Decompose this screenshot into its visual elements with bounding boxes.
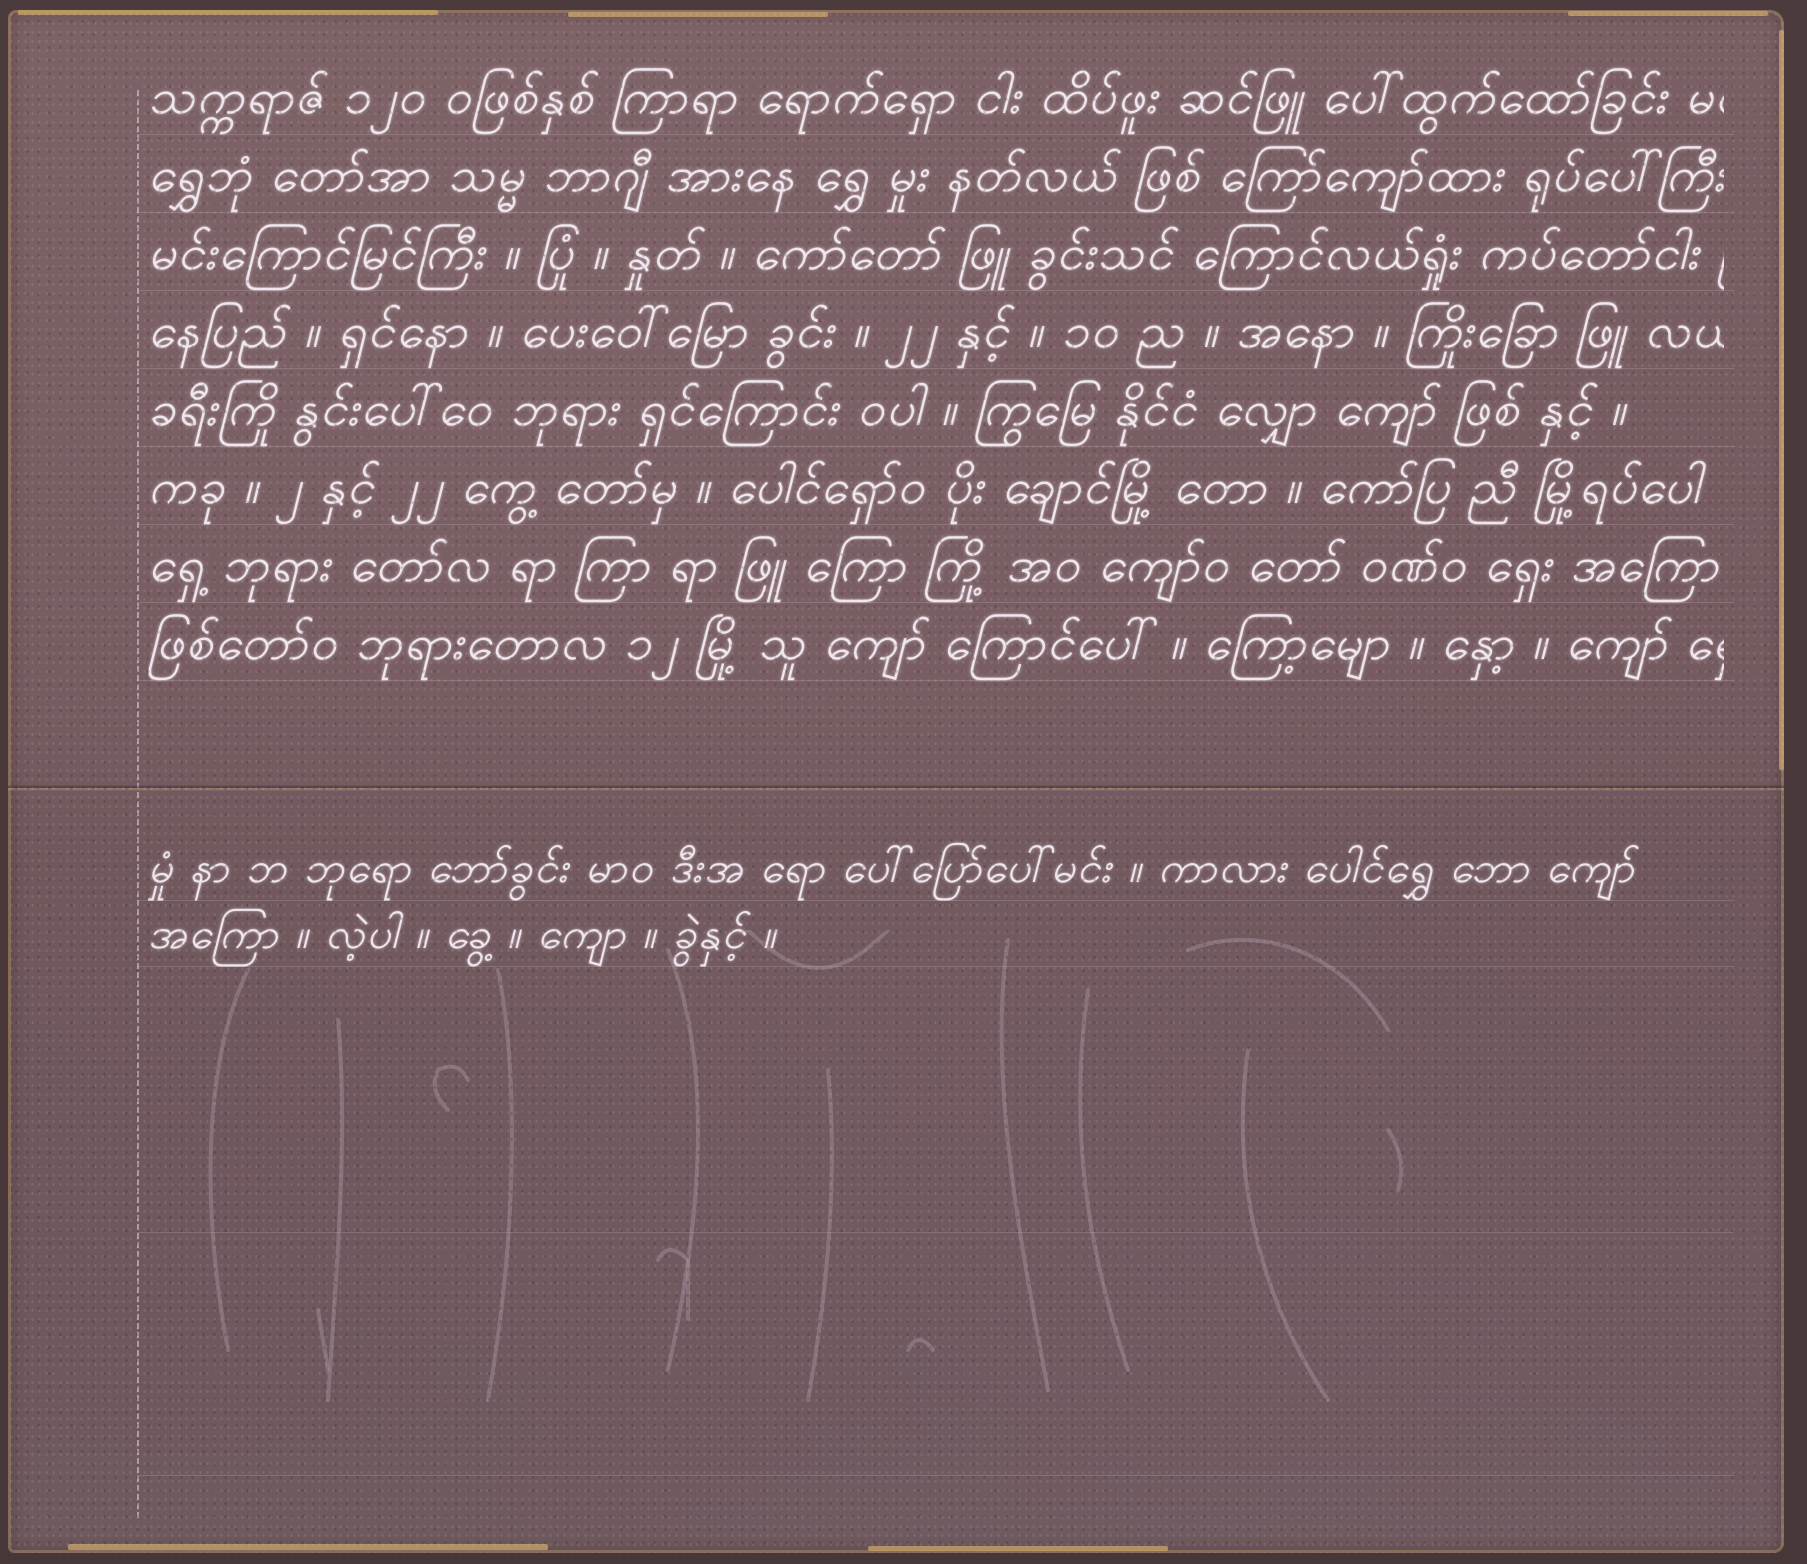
margin-rule	[137, 90, 139, 1520]
manuscript-line: ရှေ့ ဘုရား တော်လ ရာ ကြာ ရာ ဖြူ ကြော ကြို…	[148, 526, 1724, 604]
edge-wear-bottom-mid	[868, 1546, 1168, 1551]
edge-wear-top-mid	[568, 12, 828, 17]
manuscript-line: ခရီးကြို နွင်းပေါ်ဝေ ဘုရား ရှင်ကြောင်း ဝ…	[148, 370, 1724, 448]
faded-drawing	[188, 930, 1488, 1410]
fold-line	[8, 785, 1784, 791]
upper-text-panel: သက္ကရာဇ် ၁၂၀ ဝဖြစ်နှစ် ကြာရာ ရောက်ရှော င…	[148, 58, 1724, 682]
ruling-line	[137, 1475, 1734, 1476]
manuscript-line: ဖြစ်တော်ဝ ဘုရားတောလ ၁၂ မြို့ သူ ကျော် ကြ…	[148, 604, 1724, 682]
manuscript-line: သက္ကရာဇ် ၁၂၀ ဝဖြစ်နှစ် ကြာရာ ရောက်ရှော င…	[148, 58, 1724, 136]
edge-wear-top-right	[1568, 11, 1768, 16]
edge-wear-top-left	[18, 10, 438, 15]
manuscript-leaf: သက္ကရာဇ် ၁၂၀ ဝဖြစ်နှစ် ကြာရာ ရောက်ရှော င…	[8, 10, 1784, 1553]
edge-wear-bottom-left	[68, 1544, 548, 1550]
manuscript-line: ကခု ။ ၂ နှင့် ၂၂ ကွေ့ တော်မှ ။ ပေါင်ရှော…	[148, 448, 1724, 526]
edge-wear-right	[1779, 30, 1784, 770]
manuscript-line: ရွှေဘုံ တော်အာ သမ္မ ဘာဂျီ အားနေ ရွှေ မှု…	[148, 136, 1724, 214]
manuscript-line: နေပြည် ။ ရှင်နော ။ ပေးဝေါ်မြော ခွင်း ။ ၂…	[148, 292, 1724, 370]
manuscript-line: မှုံ နာ ဘ ဘုရော ဘော်ခွင်း မာဝ ဒီးအ ရော ပ…	[148, 835, 1724, 901]
manuscript-line: မင်းကြောင်မြင်ကြီး ။ ပြုံ ။ နှုတ် ။ ကော်…	[148, 214, 1724, 292]
